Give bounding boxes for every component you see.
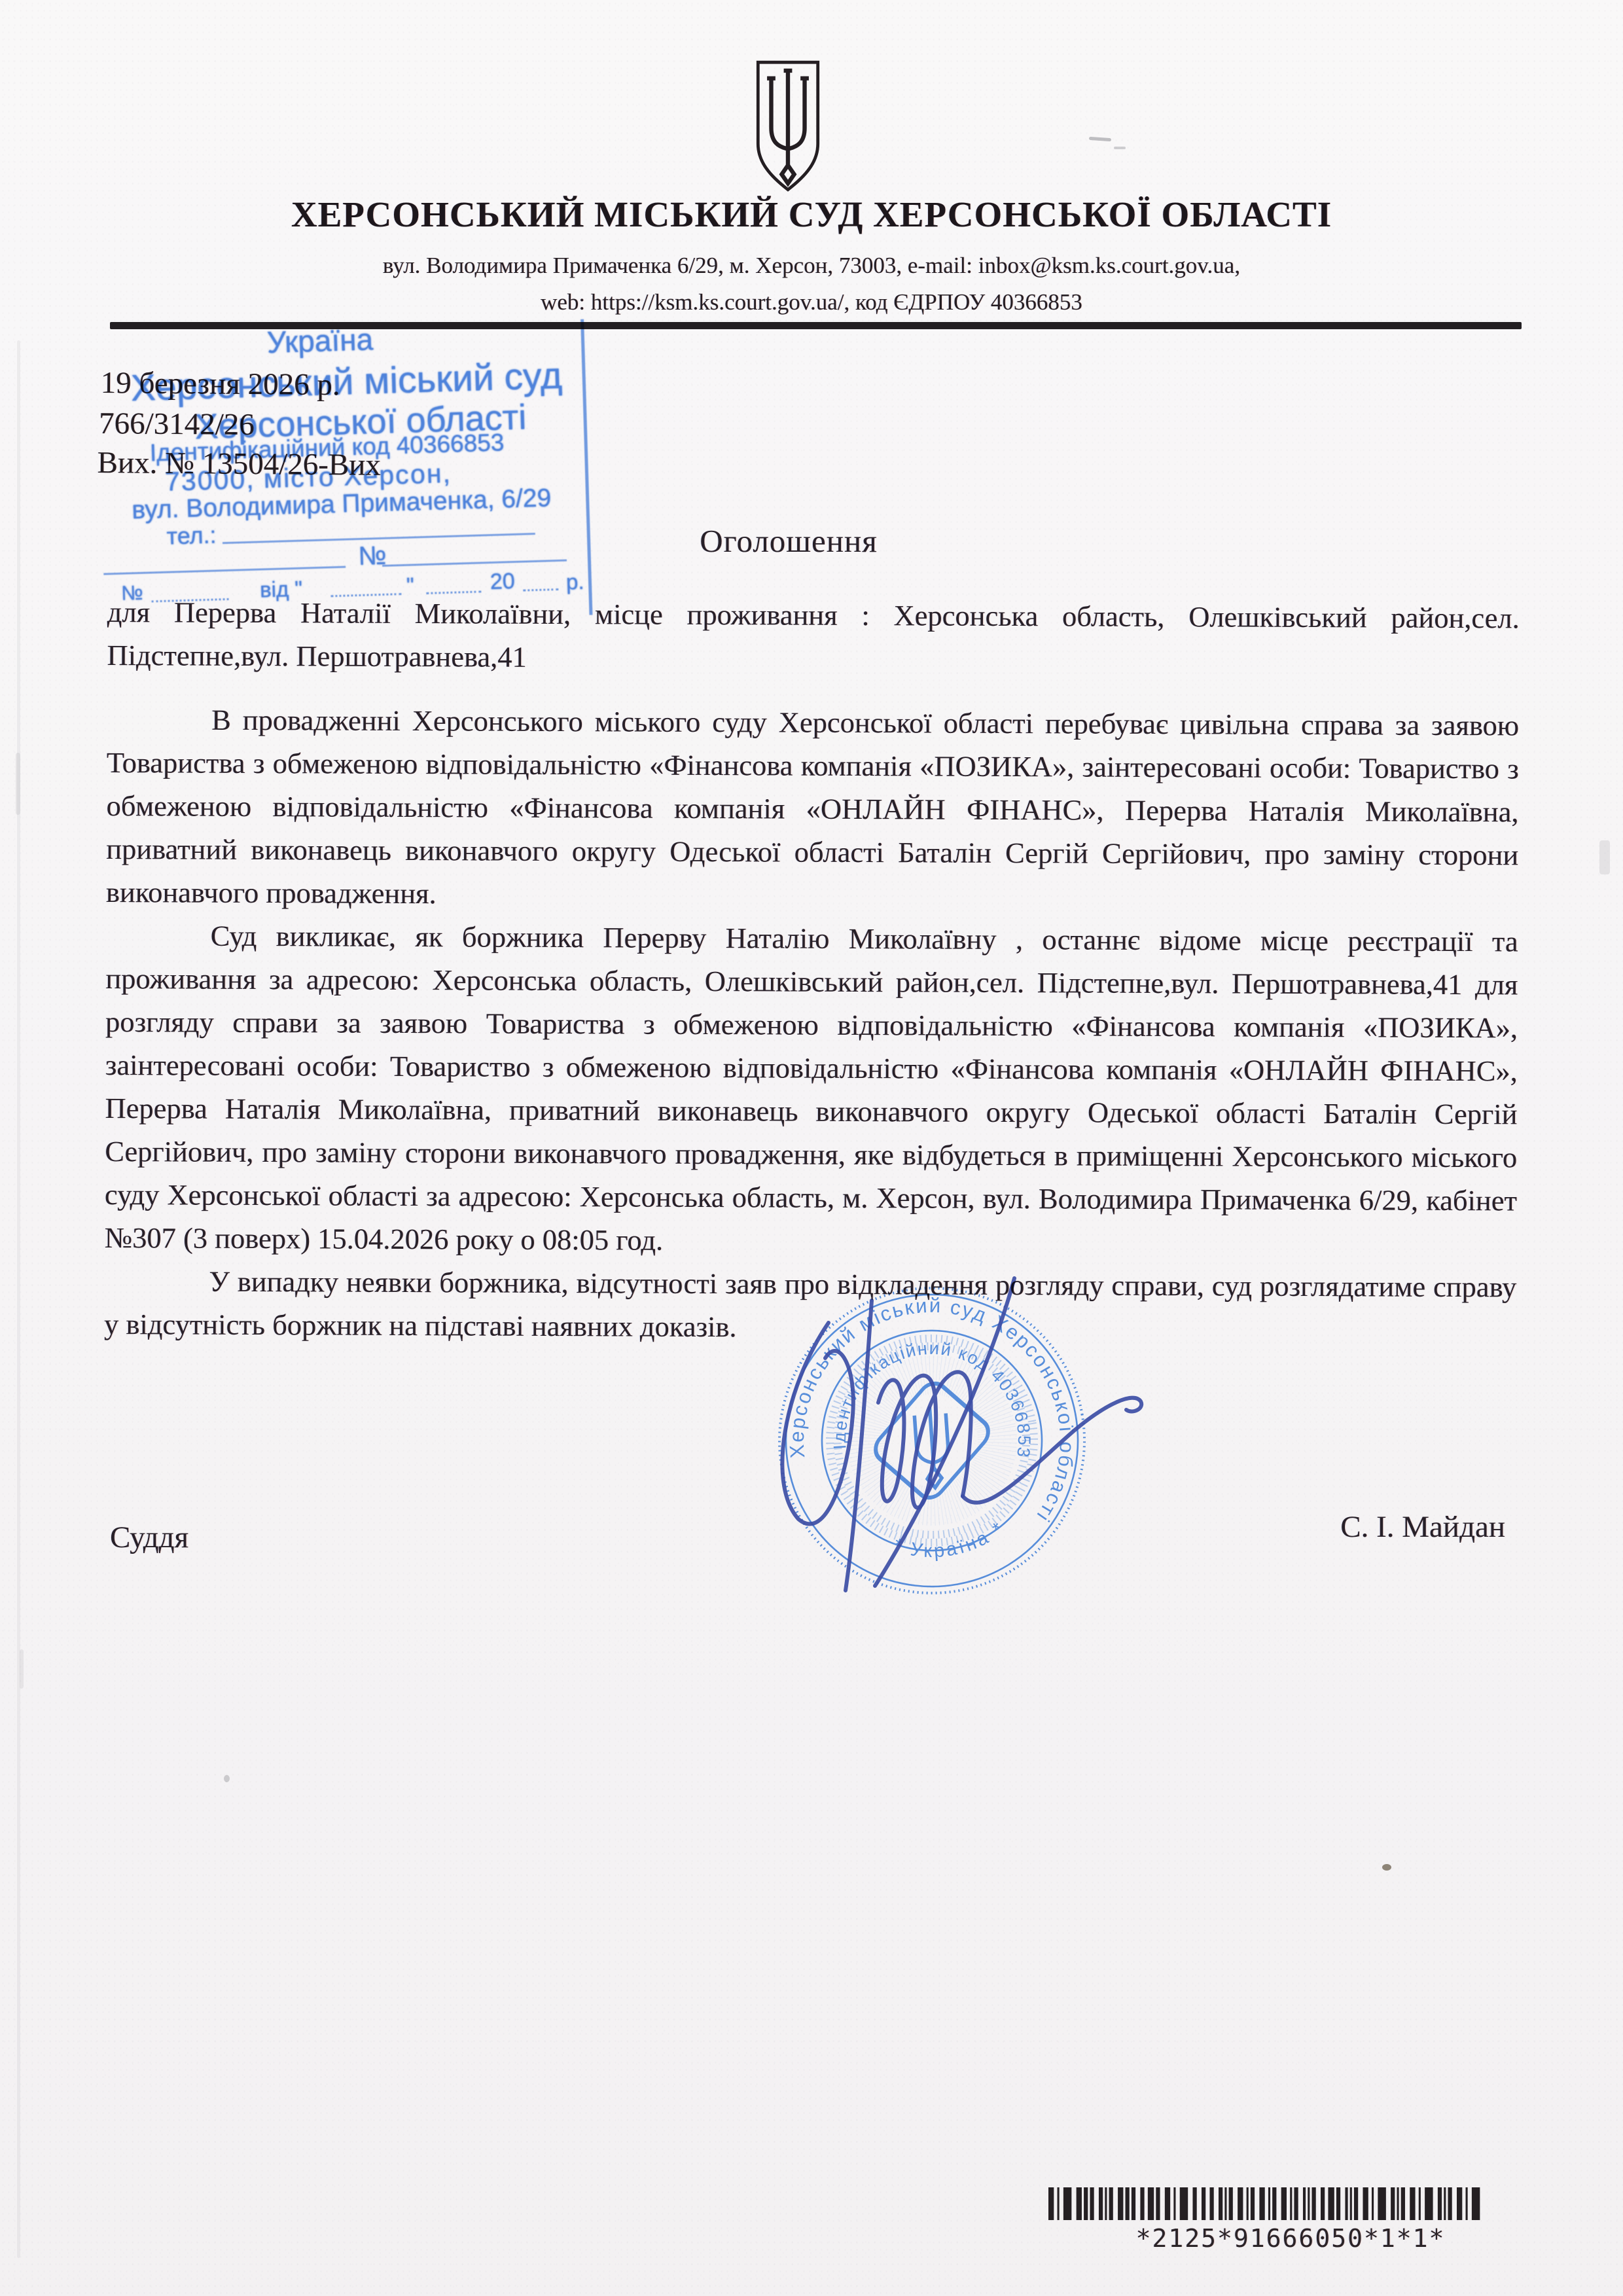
body-paragraph: В провадженні Херсонського міського суду…: [106, 698, 1519, 920]
scan-artifact: [16, 753, 20, 815]
outgoing-number: Вих. № 13504/26-Вих: [97, 445, 381, 483]
case-number: 766/3142/26: [99, 406, 255, 442]
court-address-line: вул. Володимира Примаченка 6/29, м. Херс…: [23, 253, 1600, 279]
stamp-r-label: р.: [565, 569, 584, 595]
scan-artifact: [1114, 147, 1126, 149]
court-name: ХЕРСОНСЬКИЙ МІСЬКИЙ СУД ХЕРСОНСЬКОЇ ОБЛА…: [23, 194, 1600, 235]
scan-artifact: [224, 1775, 230, 1782]
document-date: 19 березня 2026 р.: [100, 365, 340, 403]
seal-and-signature: Херсонський міський суд Херсонської обла…: [707, 1260, 1204, 1640]
stamp-country: Україна: [266, 321, 374, 360]
judge-name: С. І. Майдан: [1243, 1509, 1505, 1545]
document-title: Оголошення: [108, 522, 1469, 560]
seal-bottom-text: * Україна *: [888, 1515, 1012, 1570]
stamp-fill-line: [522, 566, 558, 592]
court-seal-icon: Херсонський міський суд Херсонської обла…: [755, 1264, 1109, 1617]
stamp-fill-line: [425, 569, 481, 594]
scan-artifact: [1089, 137, 1111, 141]
barcode-value: *2125*91666050*1*1*: [1048, 2224, 1533, 2253]
barcode-bars: [1048, 2187, 1485, 2220]
judge-role-label: Суддя: [110, 1520, 188, 1555]
scan-artifact: [17, 340, 20, 2258]
court-web-line: web: https://ksm.ks.court.gov.ua/, код Є…: [23, 289, 1600, 315]
scanned-court-document: ХЕРСОНСЬКИЙ МІСЬКИЙ СУД ХЕРСОНСЬКОЇ ОБЛА…: [0, 0, 1623, 2296]
svg-text:* Україна *: * Україна *: [888, 1515, 1012, 1570]
stamp-year-20: 20: [490, 569, 515, 595]
scan-artifact: [20, 1649, 24, 1689]
scan-artifact: [1599, 840, 1610, 874]
body-paragraph: Суд викликає, як боржника Перерву Наталі…: [105, 914, 1518, 1265]
document-body: для Перерва Наталії Миколаївни, місце пр…: [104, 590, 1520, 1352]
recipient-paragraph: для Перерва Наталії Миколаївни, місце пр…: [107, 590, 1520, 683]
scan-artifact: [1382, 1864, 1391, 1871]
tryzub-coat-of-arms-icon: [753, 60, 823, 192]
